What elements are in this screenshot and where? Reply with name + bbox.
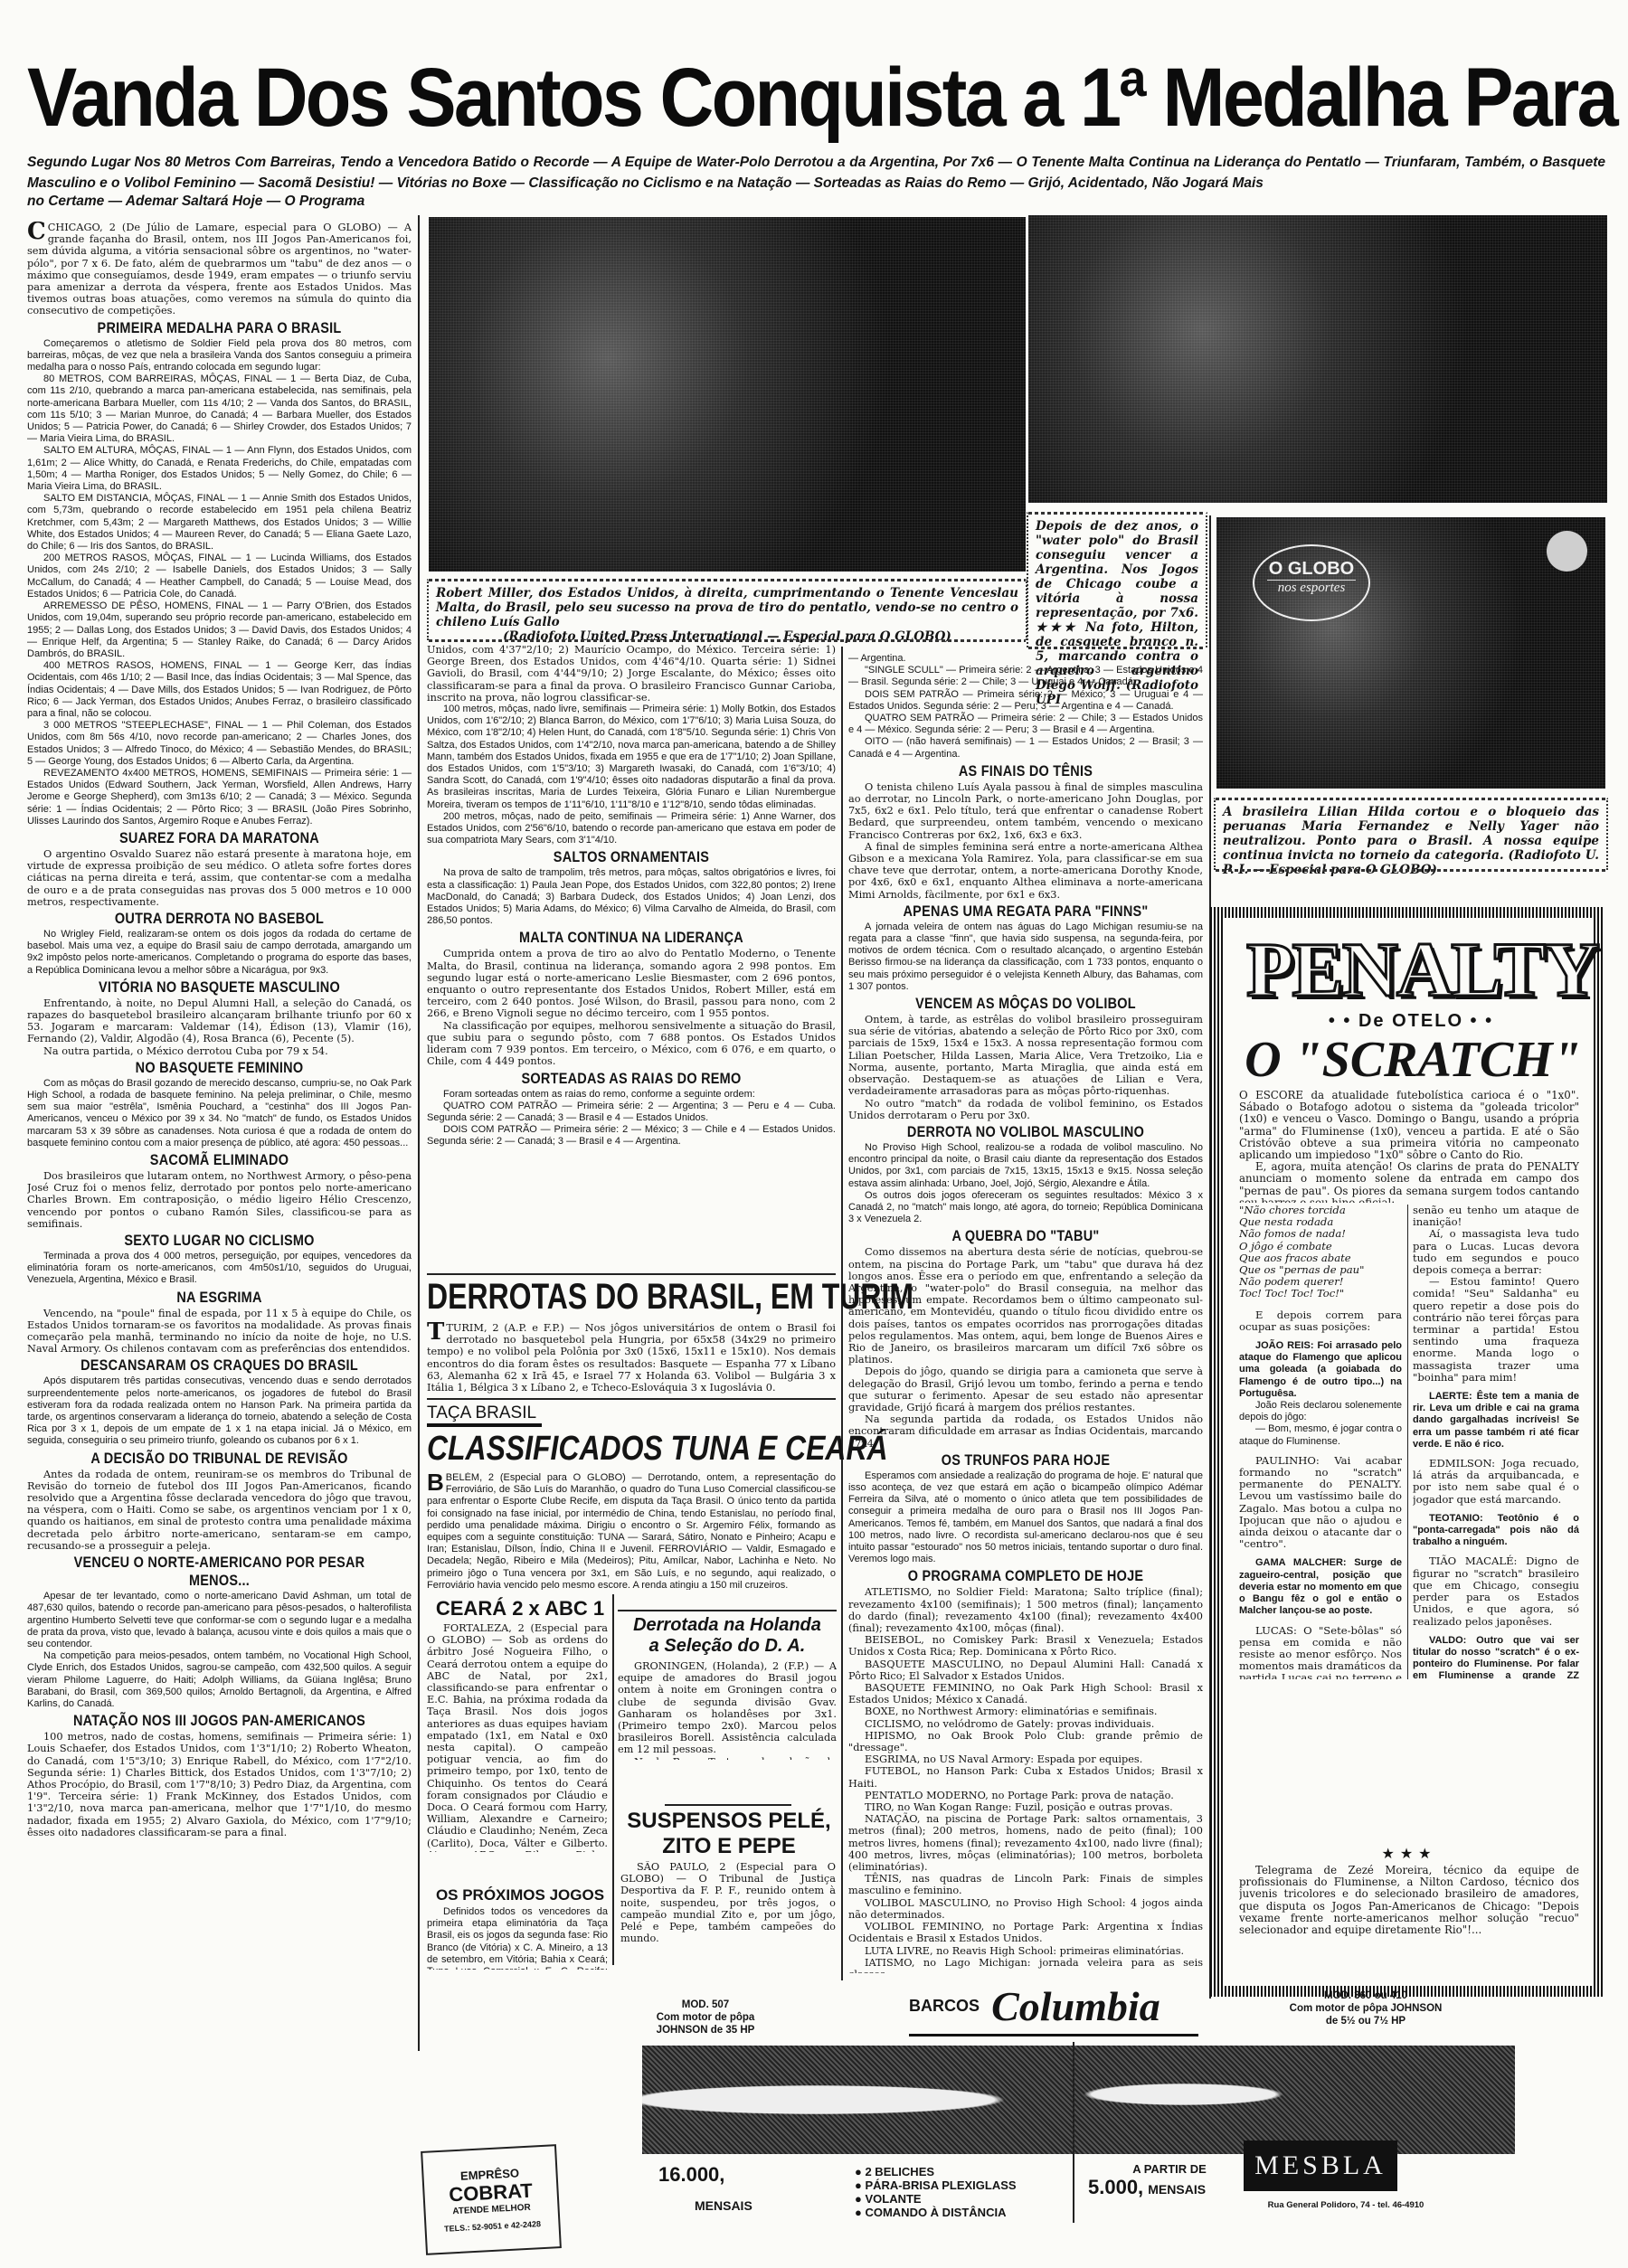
article-suspensos: SÃO PAULO, 2 (Especial para O GLOBO) — O… <box>620 1861 836 1968</box>
paragraph: — Argentina. <box>848 653 1203 665</box>
paragraph: No Wrigley Field, realizaram-se ontem os… <box>27 929 412 977</box>
penalty-left-column: "Não chores torcida Que nesta rodada Não… <box>1239 1205 1402 1679</box>
paragraph: — Bom, mesmo, é jogar contra o ataque do… <box>1239 1423 1402 1447</box>
paragraph: VOLIBOL MASCULINO, no Proviso High Schoo… <box>848 1897 1203 1921</box>
paragraph: GRONINGEN, (Holanda), 2 (F.P.) — A equip… <box>618 1660 837 1756</box>
paragraph: 200 metros, môças, nado de peito, semifi… <box>427 811 836 847</box>
paragraph: Após disputarem três partidas consecutiv… <box>27 1375 412 1447</box>
paragraph: SALTO EM ALTURA, MÔÇAS, FINAL — 1 — Ann … <box>27 445 412 493</box>
feature-item: ● 2 BELICHES <box>855 2165 1036 2178</box>
price-period: MENSAIS <box>695 2199 785 2212</box>
feature-label: 2 BELICHES <box>865 2165 934 2178</box>
article-ciclismo: SEXTO LUGAR NO CICLISMO Terminada a prov… <box>27 1232 412 1287</box>
paragraph: ATLETISMO, no Soldier Field: Maratona; S… <box>848 1586 1203 1634</box>
paragraph: BASQUETE MASCULINO, no Depaul Alumini Ha… <box>848 1658 1203 1682</box>
paragraph: O tenista chileno Luís Ayala passou à fi… <box>848 781 1203 841</box>
feature-item: ● VOLANTE <box>855 2192 1036 2206</box>
paragraph: CICLISMO, no velódromo de Gately: provas… <box>848 1718 1203 1730</box>
paragraph: FUTEBOL, no Hanson Park: Cuba x Estados … <box>848 1765 1203 1789</box>
penalty-title: PENALTY <box>1246 931 1572 1008</box>
paragraph: FORTALEZA, 2 (Especial para O GLOBO) — S… <box>427 1622 608 1852</box>
article-basquete-masculino: VITÓRIA NO BASQUETE MASCULINO Enfrentand… <box>27 978 412 1057</box>
photo-pentathlon <box>429 217 1026 572</box>
paragraph: A final de simples feminina será entre a… <box>848 841 1203 901</box>
article-esgrima: NA ESGRIMA Vencendo, na "poule" final de… <box>27 1289 412 1356</box>
paragraph: QUATRO SEM PATRÃO — Primeira série: 2 — … <box>848 713 1203 736</box>
stars-separator: ★★★ <box>1239 1845 1579 1862</box>
section-heading: DESCANSARAM OS CRAQUES DO BRASIL <box>56 1356 383 1375</box>
article-sacoma: SACOMÃ ELIMINADO Dos brasileiros que lut… <box>27 1151 412 1230</box>
ad-left-price: 16.000, MENSAIS <box>658 2163 785 2212</box>
paragraph: Vencendo, na "poule" final de espada, po… <box>27 1308 412 1356</box>
section-heading: APENAS UMA REGATA PARA "FINNS" <box>875 902 1176 921</box>
paragraph: Na competição para meios-pesados, ontem … <box>27 1650 412 1710</box>
article-basquete-feminino: NO BASQUETE FEMININO Com as môças do Bra… <box>27 1059 412 1149</box>
article-tuna: BBELÉM, 2 (Especial para O GLOBO) — Derr… <box>427 1472 836 1590</box>
subheadline: Segundo Lugar Nos 80 Metros Com Barreira… <box>27 152 1605 194</box>
lead-paragraph: CCHICAGO, 2 (De Júlio de Lamare, especia… <box>27 222 412 317</box>
ad-divider <box>1073 2042 1074 2223</box>
ad-brand: BARCOS Columbia <box>909 1982 1198 2036</box>
badge-subtitle: nos esportes <box>1254 581 1368 596</box>
ad-left-model: MOD. 507 Com motor de pôpa JOHNSON de 35… <box>651 1999 760 2036</box>
brand-script: Columbia <box>991 1983 1160 2029</box>
paragraph: Telegrama de Zezé Moreira, técnico da eq… <box>1239 1865 1579 1936</box>
section-heading: NO BASQUETE FEMININO <box>56 1059 383 1077</box>
article-tribunal: A DECISÃO DO TRIBUNAL DE REVISÃO Antes d… <box>27 1450 412 1552</box>
taca-brasil-kicker: TAÇA BRASIL <box>427 1403 542 1427</box>
paragraph: Cumprida ontem a prova de tiro ao alvo d… <box>427 948 836 1019</box>
section-heading: VENCEU O NORTE-AMERICANO POR PESAR MENOS… <box>56 1554 383 1590</box>
penalty-subtitle: O "SCRATCH" <box>1241 1033 1585 1087</box>
paragraph: LUCAS: O "Sete-bôlas" só pensa em comida… <box>1239 1625 1402 1680</box>
divider <box>427 1398 836 1400</box>
penalty-byline: • • De OTELO • • <box>1248 1011 1574 1032</box>
holanda-box: Derrotada na Holanda a Seleção do D. A. … <box>618 1610 837 1754</box>
section-heading: VITÓRIA NO BASQUETE MASCULINO <box>56 978 383 997</box>
section-heading: SALTOS ORNAMENTAIS <box>458 848 805 866</box>
holanda-headline-2: a Seleção do D. A. <box>618 1636 837 1657</box>
paragraph: BEISEBOL, no Comiskey Park: Brasil x Ven… <box>848 1634 1203 1658</box>
paragraph: ARREMESSO DE PÊSO, HOMENS, FINAL — 1 — P… <box>27 600 412 660</box>
section-heading: OS TRUNFOS PARA HOJE <box>875 1451 1176 1469</box>
paragraph: SALTO EM DISTANCIA, MÔÇAS, FINAL — 1 — A… <box>27 493 412 553</box>
paragraph: "SINGLE SCULL" — Primeira série: 2 — Arg… <box>848 665 1203 688</box>
paragraph: E, agora, muita atenção! Os clarins de p… <box>1239 1161 1579 1203</box>
hp-label: JOHNSON de 35 HP <box>651 2024 760 2036</box>
photo-volleyball: O GLOBO nos esportes <box>1216 517 1605 789</box>
ceara-headline: CEARÁ 2 x ABC 1 <box>434 1597 606 1621</box>
paragraph: SÃO PAULO, 2 (Especial para O GLOBO) — O… <box>620 1861 836 1944</box>
verse-line: Não fomos de nada! <box>1239 1228 1402 1240</box>
suspensos-headline: SUSPENSOS PELÉ, ZITO E PEPE <box>624 1809 834 1859</box>
paragraph: Depois do jôgo, quando se dirigia para a… <box>848 1366 1203 1413</box>
photo-pentathlon-caption: Robert Miller, dos Estados Unidos, à dir… <box>427 579 1027 640</box>
section-heading: NA ESGRIMA <box>56 1289 383 1307</box>
penalty-right-column: senão eu tenho um ataque de inanição! Aí… <box>1413 1205 1579 1679</box>
paragraph: Definidos todos os vencedores da primeir… <box>427 1906 608 1970</box>
section-heading: AS FINAIS DO TÊNIS <box>875 762 1176 780</box>
dropcap: C <box>27 222 46 241</box>
column-center-right: — Argentina. "SINGLE SCULL" — Primeira s… <box>848 653 1203 1973</box>
holanda-headline-1: Derrotada na Holanda <box>618 1615 837 1636</box>
paragraph: VALDO: Outro que vai ser titular do noss… <box>1413 1635 1579 1679</box>
paragraph: DOIS COM PATRÃO — Primeira série: 2 — Mé… <box>427 1124 836 1148</box>
paragraph: — Estou faminto! Quero comida! "Seu" Sal… <box>1413 1276 1579 1384</box>
section-heading: PRIMEIRA MEDALHA PARA O BRASIL <box>56 319 383 337</box>
paragraph: Aí, o massagista leva tudo para o Lucas.… <box>1413 1228 1579 1276</box>
ad-address: Rua General Polidoro, 74 - tel. 46-4910 <box>1246 2199 1445 2212</box>
ad-right-price: A PARTIR DE 5.000, MENSAIS <box>1088 2163 1251 2199</box>
paragraph: 80 METROS, COM BARREIRAS, MÔÇAS, FINAL —… <box>27 373 412 445</box>
editor-note: N. da R. — Trata-se da seleção do Depart… <box>618 1756 837 1760</box>
dropcap: T <box>427 1322 444 1342</box>
ad-features: ● 2 BELICHES ● PÁRA-BRISA PLEXIGLASS ● V… <box>855 2165 1036 2219</box>
section-heading: SUAREZ FORA DA MARATONA <box>56 829 383 847</box>
section-heading: SORTEADAS AS RAIAS DO REMO <box>458 1070 805 1088</box>
paragraph: Apesar de ter levantado, como o norte-am… <box>27 1591 412 1650</box>
model-label: MOD. 360 ou 410 <box>1275 1989 1456 2002</box>
column-rule <box>1407 1205 1408 1679</box>
paragraph: Na segunda partida da rodada, os Estados… <box>848 1413 1203 1450</box>
paragraph: OITO — (não haverá semifinais) — 1 — Est… <box>848 736 1203 760</box>
paragraph: GAMA MALCHER: Surge de zagueiro-central,… <box>1239 1557 1402 1617</box>
caption-credit: (Radiofoto United Press International — … <box>436 629 1018 644</box>
motor-label: Com motor de pôpa JOHNSON <box>1275 2002 1456 2015</box>
model-label: MOD. 507 <box>651 1999 760 2011</box>
paragraph: Antes da rodada de ontem, reuniram-se os… <box>27 1469 412 1552</box>
holanda-body: GRONINGEN, (Holanda), 2 (F.P.) — A equip… <box>618 1660 837 1760</box>
price-prefix: A PARTIR DE <box>1088 2163 1251 2176</box>
feature-item: ● COMANDO À DISTÂNCIA <box>855 2206 1036 2219</box>
paragraph: Dos brasileiros que lutaram ontem, no No… <box>27 1170 412 1230</box>
article-natacao: NATAÇÃO NOS III JOGOS PAN-AMERICANOS 100… <box>27 1712 412 1838</box>
paragraph: QUATRO COM PATRÃO — Primeira série: 2 — … <box>427 1101 836 1124</box>
paragraph: TIÃO MACALÉ: Digno de figurar no "scratc… <box>1413 1555 1579 1627</box>
section-heading: VENCEM AS MÔÇAS DO VOLIBOL <box>875 995 1176 1013</box>
paragraph: LAERTE: Êste tem a mania de rir. Leva um… <box>1413 1391 1579 1451</box>
paragraph: Unidos, com 4'37"2/10; 2) Maurício Ocamp… <box>427 644 836 704</box>
penalty-intro: O ESCORE da atualidade futebolística car… <box>1239 1090 1579 1203</box>
paragraph: Começaremos o atletismo de Soldier Field… <box>27 338 412 374</box>
cobrat-stamp: EMPRÊSO COBRAT ATENDE MELHOR TELS.: 52-9… <box>421 2144 562 2255</box>
paragraph: 400 METROS RASOS, HOMENS, FINAL — 1 — Ge… <box>27 660 412 720</box>
article-text: Derrotando, ontem, a representação do Fe… <box>427 1472 836 1590</box>
paragraph: Enfrentando, à noite, no Depul Alumni Ha… <box>27 997 412 1045</box>
paragraph: O argentino Osvaldo Suarez não estará pr… <box>27 848 412 908</box>
paragraph: BOXE, no Northwest Armory: eliminatórias… <box>848 1706 1203 1717</box>
motor-label: Com motor de pôpa <box>651 2011 760 2024</box>
photo-water-polo <box>1028 215 1607 503</box>
paragraph: Na prova de salto de trampolim, três met… <box>427 867 836 927</box>
paragraph: TÊNIS, nas quadras de Lincoln Park: Fina… <box>848 1873 1203 1896</box>
paragraph: Esperamos com ansiedade a realização do … <box>848 1470 1203 1566</box>
paragraph: 3 000 METROS "STEEPLECHASE", FINAL — 1 —… <box>27 720 412 768</box>
article-ceara: FORTALEZA, 2 (Especial para O GLOBO) — S… <box>427 1622 608 1852</box>
hp-label: de 5½ ou 7½ HP <box>1275 2015 1456 2027</box>
column-left: CCHICAGO, 2 (De Júlio de Lamare, especia… <box>27 222 412 2247</box>
paragraph: O ESCORE da atualidade futebolística car… <box>1239 1090 1579 1161</box>
divider <box>427 1273 836 1275</box>
section-heading: SEXTO LUGAR NO CICLISMO <box>56 1232 383 1250</box>
paragraph: TIRO, no Wan Kogan Range: Fuzil, posição… <box>848 1801 1203 1813</box>
verse-line: O jôgo é combate <box>1239 1241 1402 1252</box>
paragraph: EDMILSON: Joga recuado, lá atrás da arqu… <box>1413 1458 1579 1506</box>
column-center-left: Unidos, com 4'37"2/10; 2) Maurício Ocamp… <box>427 644 836 1268</box>
paragraph: TEOTANIO: Teotônio é o "ponta-carregada"… <box>1413 1513 1579 1549</box>
paragraph: HIPISMO, no Oak Brook Polo Club: grande … <box>848 1730 1203 1753</box>
article-basebol: OUTRA DERROTA NO BASEBOL No Wrigley Fiel… <box>27 910 412 977</box>
paragraph: BBELÉM, 2 (Especial para O GLOBO) — Derr… <box>427 1472 836 1590</box>
section-heading: A QUEBRA DO "TABU" <box>875 1227 1176 1245</box>
article-primeira-medalha: PRIMEIRA MEDALHA PARA O BRASIL Começarem… <box>27 319 412 827</box>
dateline: BELÉM, 2 (Especial para O GLOBO) — <box>446 1472 642 1483</box>
feature-item: ● PÁRA-BRISA PLEXIGLASS <box>855 2178 1036 2192</box>
photo-volleyball-caption: A brasileira Lilian Hilda cortou e o blo… <box>1214 798 1608 870</box>
paragraph: Como dissemos na abertura desta série de… <box>848 1246 1203 1366</box>
paragraph: E depois correm para ocupar as suas posi… <box>1239 1309 1402 1333</box>
section-heading: NATAÇÃO NOS III JOGOS PAN-AMERICANOS <box>56 1712 383 1730</box>
volleyball-icon <box>1547 531 1587 572</box>
paragraph: 100 metros, nado de costas, homens, semi… <box>27 1731 412 1838</box>
paragraph: LUTA LIVRE, no Reavis High School: prime… <box>848 1945 1203 1957</box>
section-heading: OUTRA DERROTA NO BASEBOL <box>56 910 383 928</box>
article-suarez: SUAREZ FORA DA MARATONA O argentino Osva… <box>27 829 412 908</box>
price-period: MENSAIS <box>1148 2182 1206 2197</box>
subheadline-tail: no Certame — Ademar Saltará Hoje — O Pro… <box>27 194 407 210</box>
caption-text: A brasileira Lilian Hilda cortou e o blo… <box>1223 805 1599 877</box>
lead-dateline: CHICAGO, 2 (De Júlio de Lamare, especial… <box>48 222 398 233</box>
paragraph: BASQUETE FEMININO, no Oak Park High Scho… <box>848 1682 1203 1706</box>
paragraph: Os outros dois jogos ofereceram os segui… <box>848 1190 1203 1226</box>
boats-illustration <box>642 2046 1515 2154</box>
paragraph: 200 METROS RASOS, MÔÇAS, FINAL — 1 — Luc… <box>27 553 412 600</box>
paragraph: Na classificação por equipes, melhorou s… <box>427 1020 836 1068</box>
paragraph: PENTATLO MODERNO, no Portage Park: prova… <box>848 1790 1203 1801</box>
caption-text: Robert Miller, dos Estados Unidos, à dir… <box>436 586 1018 629</box>
dateline: TURIM, 2 (A.P. e F.P.) — <box>446 1322 580 1334</box>
paragraph: No outro "match" da rodada de volibol fe… <box>848 1098 1203 1121</box>
paragraph: Foram sorteadas ontem as raias do remo, … <box>427 1089 836 1101</box>
o-globo-badge: O GLOBO nos esportes <box>1253 544 1370 621</box>
price: 16.000, <box>658 2163 785 2187</box>
feature-label: COMANDO À DISTÂNCIA <box>865 2206 1006 2219</box>
article-halterofilismo: VENCEU O NORTE-AMERICANO POR PESAR MENOS… <box>27 1554 412 1710</box>
paragraph: JOÃO REIS: Foi arrasado pelo ataque do F… <box>1239 1340 1402 1400</box>
section-heading: A DECISÃO DO TRIBUNAL DE REVISÃO <box>56 1450 383 1468</box>
paragraph: NATAÇÃO, na piscina de Portage Park: sal… <box>848 1813 1203 1873</box>
verse-line: Toc! Toc! Toc! Toc!" <box>1239 1288 1402 1299</box>
paragraph: No Proviso High School, realizou-se a ro… <box>848 1142 1203 1190</box>
ad-right-model: MOD. 360 ou 410 Com motor de pôpa JOHNSO… <box>1275 1989 1456 2027</box>
paragraph: João Reis declarou solenemente depois do… <box>1239 1400 1402 1423</box>
mesbla-logo: MESBLA <box>1244 2140 1397 2191</box>
paragraph: DOIS SEM PATRÃO — Primeira série: 2 — Mé… <box>848 689 1203 713</box>
dropcap: B <box>427 1472 444 1492</box>
article-proximos: Definidos todos os vencedores da primeir… <box>427 1906 608 1970</box>
paragraph: VOLIBOL FEMININO, no Portage Park: Argen… <box>848 1921 1203 1944</box>
paragraph: A jornada veleira de ontem nas águas do … <box>848 921 1203 993</box>
column-rule <box>612 1594 614 1965</box>
paragraph: 100 metros, môças, nado livre, semifinai… <box>427 704 836 811</box>
paragraph: Terminada a prova dos 4 000 metros, pers… <box>27 1251 412 1287</box>
paragraph: Na outra partida, o México derrotou Cuba… <box>27 1045 412 1057</box>
taca-headline: CLASSIFICADOS TUNA E CEARÁ <box>427 1432 888 1466</box>
photo-water-polo-caption: Depois de dez anos, o "water polo" do Br… <box>1027 512 1207 647</box>
section-heading: MALTA CONTINUA NA LIDERANÇA <box>458 929 805 947</box>
paragraph: Com as môças do Brasil gozando de mereci… <box>27 1078 412 1149</box>
column-rule <box>418 215 420 2051</box>
section-heading: DERROTA NO VOLIBOL MASCULINO <box>875 1123 1176 1141</box>
proximos-headline: OS PRÓXIMOS JOGOS <box>430 1886 610 1904</box>
divider <box>665 1804 791 1806</box>
section-heading: O PROGRAMA COMPLETO DE HOJE <box>875 1567 1176 1585</box>
lead-text: A grande façanha do Brasil, ontem, nos I… <box>27 222 412 317</box>
article-turim: TTURIM, 2 (A.P. e F.P.) — Nos jôgos univ… <box>427 1322 836 1396</box>
paragraph: senão eu tenho um ataque de inanição! <box>1413 1205 1579 1228</box>
feature-label: PÁRA-BRISA PLEXIGLASS <box>865 2178 1016 2192</box>
paragraph: Ontem, à tarde, as estrêlas do volibol b… <box>848 1014 1203 1097</box>
section-heading: SACOMÃ ELIMINADO <box>56 1151 383 1169</box>
price: 5.000, <box>1088 2176 1143 2198</box>
paragraph: TTURIM, 2 (A.P. e F.P.) — Nos jôgos univ… <box>427 1322 836 1394</box>
paragraph: ESGRIMA, no US Naval Armory: Espada por … <box>848 1753 1203 1765</box>
turim-headline: DERROTAS DO BRASIL, EM TURIM <box>427 1279 832 1315</box>
page-headline: Vanda Dos Santos Conquista a 1ª Medalha … <box>27 52 1443 143</box>
penalty-telegram: Telegrama de Zezé Moreira, técnico da eq… <box>1239 1865 1579 1951</box>
brand-label: BARCOS <box>909 1997 980 2015</box>
paragraph: PAULINHO: Vai acabar formando no "scratc… <box>1239 1455 1402 1551</box>
stamp-phone: TELS.: 52-9051 e 42-2428 <box>426 2218 558 2235</box>
paragraph: REVEZAMENTO 4x400 METROS, HOMENS, SEMIFI… <box>27 768 412 827</box>
article-craques: DESCANSARAM OS CRAQUES DO BRASIL Após di… <box>27 1356 412 1447</box>
badge-title: O GLOBO <box>1267 559 1356 581</box>
feature-label: VOLANTE <box>865 2192 921 2206</box>
